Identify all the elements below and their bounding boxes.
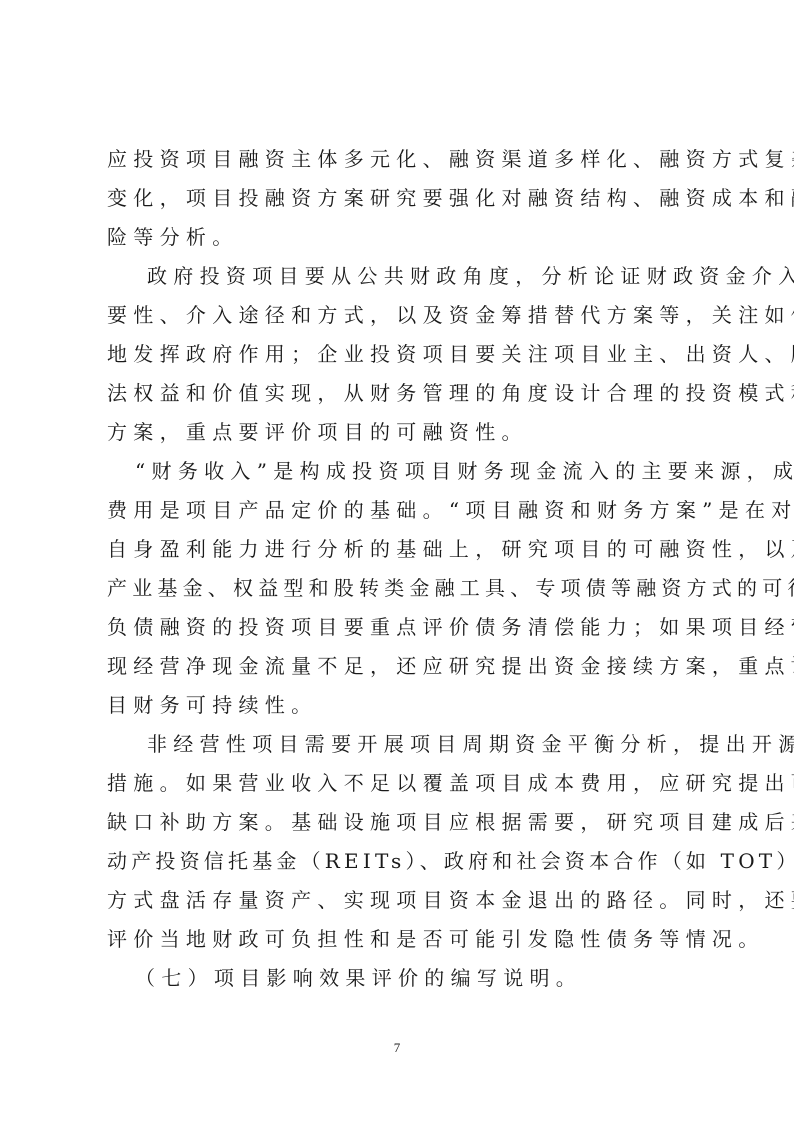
text-line: 缺口补助方案。基础设施项目应根据需要，研究项目建成后采取不	[107, 803, 697, 842]
text-line: 费用是项目产品定价的基础。“项目融资和财务方案”是在对项目	[107, 491, 697, 530]
text-line: 评价当地财政可负担性和是否可能引发隐性债务等情况。	[107, 920, 697, 959]
paragraph-first-line: “财务收入”是构成投资项目财务现金流入的主要来源，成本	[107, 452, 697, 491]
document-page: 应投资项目融资主体多元化、融资渠道多样化、融资方式复杂化的 变化，项目投融资方案…	[0, 0, 794, 1123]
page-number: 7	[0, 1040, 794, 1056]
text-line: 自身盈利能力进行分析的基础上，研究项目的可融资性，以及发行	[107, 530, 697, 569]
text-line: 负债融资的投资项目要重点评价债务清偿能力；如果项目经营期出	[107, 608, 697, 647]
paragraph-first-line: 非经营性项目需要开展项目周期资金平衡分析，提出开源节流	[107, 725, 697, 764]
text-line: 险等分析。	[107, 218, 697, 257]
text-line: 要性、介入途径和方式，以及资金筹措替代方案等，关注如何更好	[107, 296, 697, 335]
text-line: 应投资项目融资主体多元化、融资渠道多样化、融资方式复杂化的	[107, 140, 697, 179]
text-line: 现经营净现金流量不足，还应研究提出资金接续方案，重点评价项	[107, 647, 697, 686]
text-line: 动产投资信托基金（REITs）、政府和社会资本合作（如 TOT）等	[107, 842, 697, 881]
document-body: 应投资项目融资主体多元化、融资渠道多样化、融资方式复杂化的 变化，项目投融资方案…	[107, 140, 697, 998]
section-heading: （七）项目影响效果评价的编写说明。	[107, 959, 697, 998]
text-line: 地发挥政府作用；企业投资项目要关注项目业主、出资人、股东合	[107, 335, 697, 374]
paragraph-first-line: 政府投资项目要从公共财政角度，分析论证财政资金介入的必	[107, 257, 697, 296]
text-line: 方式盘活存量资产、实现项目资本金退出的路径。同时，还要分析	[107, 881, 697, 920]
text-line: 措施。如果营业收入不足以覆盖项目成本费用，应研究提出可行性	[107, 764, 697, 803]
text-line: 法权益和价值实现，从财务管理的角度设计合理的投资模式和融资	[107, 374, 697, 413]
text-line: 产业基金、权益型和股转类金融工具、专项债等融资方式的可行性。	[107, 569, 697, 608]
text-line: 方案，重点要评价项目的可融资性。	[107, 413, 697, 452]
text-line: 变化，项目投融资方案研究要强化对融资结构、融资成本和融资风	[107, 179, 697, 218]
text-line: 目财务可持续性。	[107, 686, 697, 725]
